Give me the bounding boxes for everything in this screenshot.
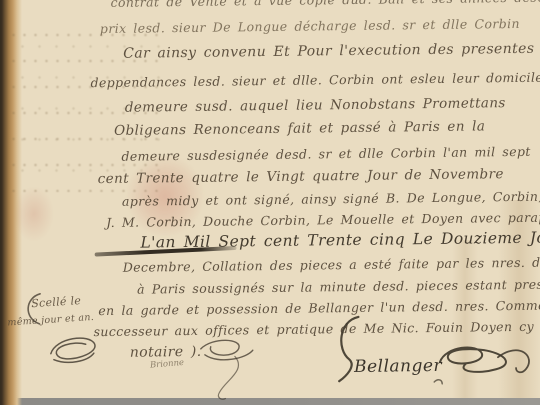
signature-brionne: Brionne xyxy=(150,358,185,371)
manuscript-line: successeur aux offices et pratique de Me… xyxy=(93,318,540,339)
manuscript-line: contrat de Vente et a vue copie dud. Bai… xyxy=(110,0,540,10)
manuscript-line: en la garde et possession de Bellanger l… xyxy=(98,298,540,318)
manuscript-line: J. M. Corbin, Douche Corbin, Le Mouelle … xyxy=(106,209,540,230)
manuscript-line: Decembre, Collation des pieces a esté fa… xyxy=(123,254,540,275)
signature-initial-swash xyxy=(332,315,367,385)
manuscript-line: Obligeans Renonceans fait et passé à Par… xyxy=(114,118,485,139)
margin-note-line2: même jour et an. xyxy=(7,312,94,329)
manuscript-line: demeure susdesignée desd. sr et dlle Cor… xyxy=(121,144,531,164)
manuscript-line: Car ainsy convenu Et Pour l'execution de… xyxy=(123,40,540,61)
manuscript-text-block: contrat de Vente et a vue copie dud. Bai… xyxy=(0,0,540,405)
manuscript-line: demeure susd. auquel lieu Nonobstans Pro… xyxy=(125,95,506,116)
manuscript-line: notaire ). xyxy=(130,344,202,361)
paraph-flourish xyxy=(48,333,100,368)
manuscript-line: après midy et ont signé, ainsy signé B. … xyxy=(122,189,540,209)
signature-paraph xyxy=(432,337,540,390)
manuscript-photo: contrat de Vente et a vue copie dud. Bai… xyxy=(0,0,540,405)
signature-bellanger: Bellanger xyxy=(354,356,442,377)
manuscript-line: deppendances lesd. sieur et dlle. Corbin… xyxy=(90,69,540,90)
manuscript-line: prix lesd. sieur De Longue décharge lesd… xyxy=(100,16,520,36)
paraph-flourish xyxy=(195,336,266,403)
manuscript-line: cent Trente quatre le Vingt quatre Jour … xyxy=(98,166,504,187)
manuscript-line: à Paris soussignés sur la minute desd. p… xyxy=(137,276,540,297)
margin-initial-flourish xyxy=(21,292,43,326)
